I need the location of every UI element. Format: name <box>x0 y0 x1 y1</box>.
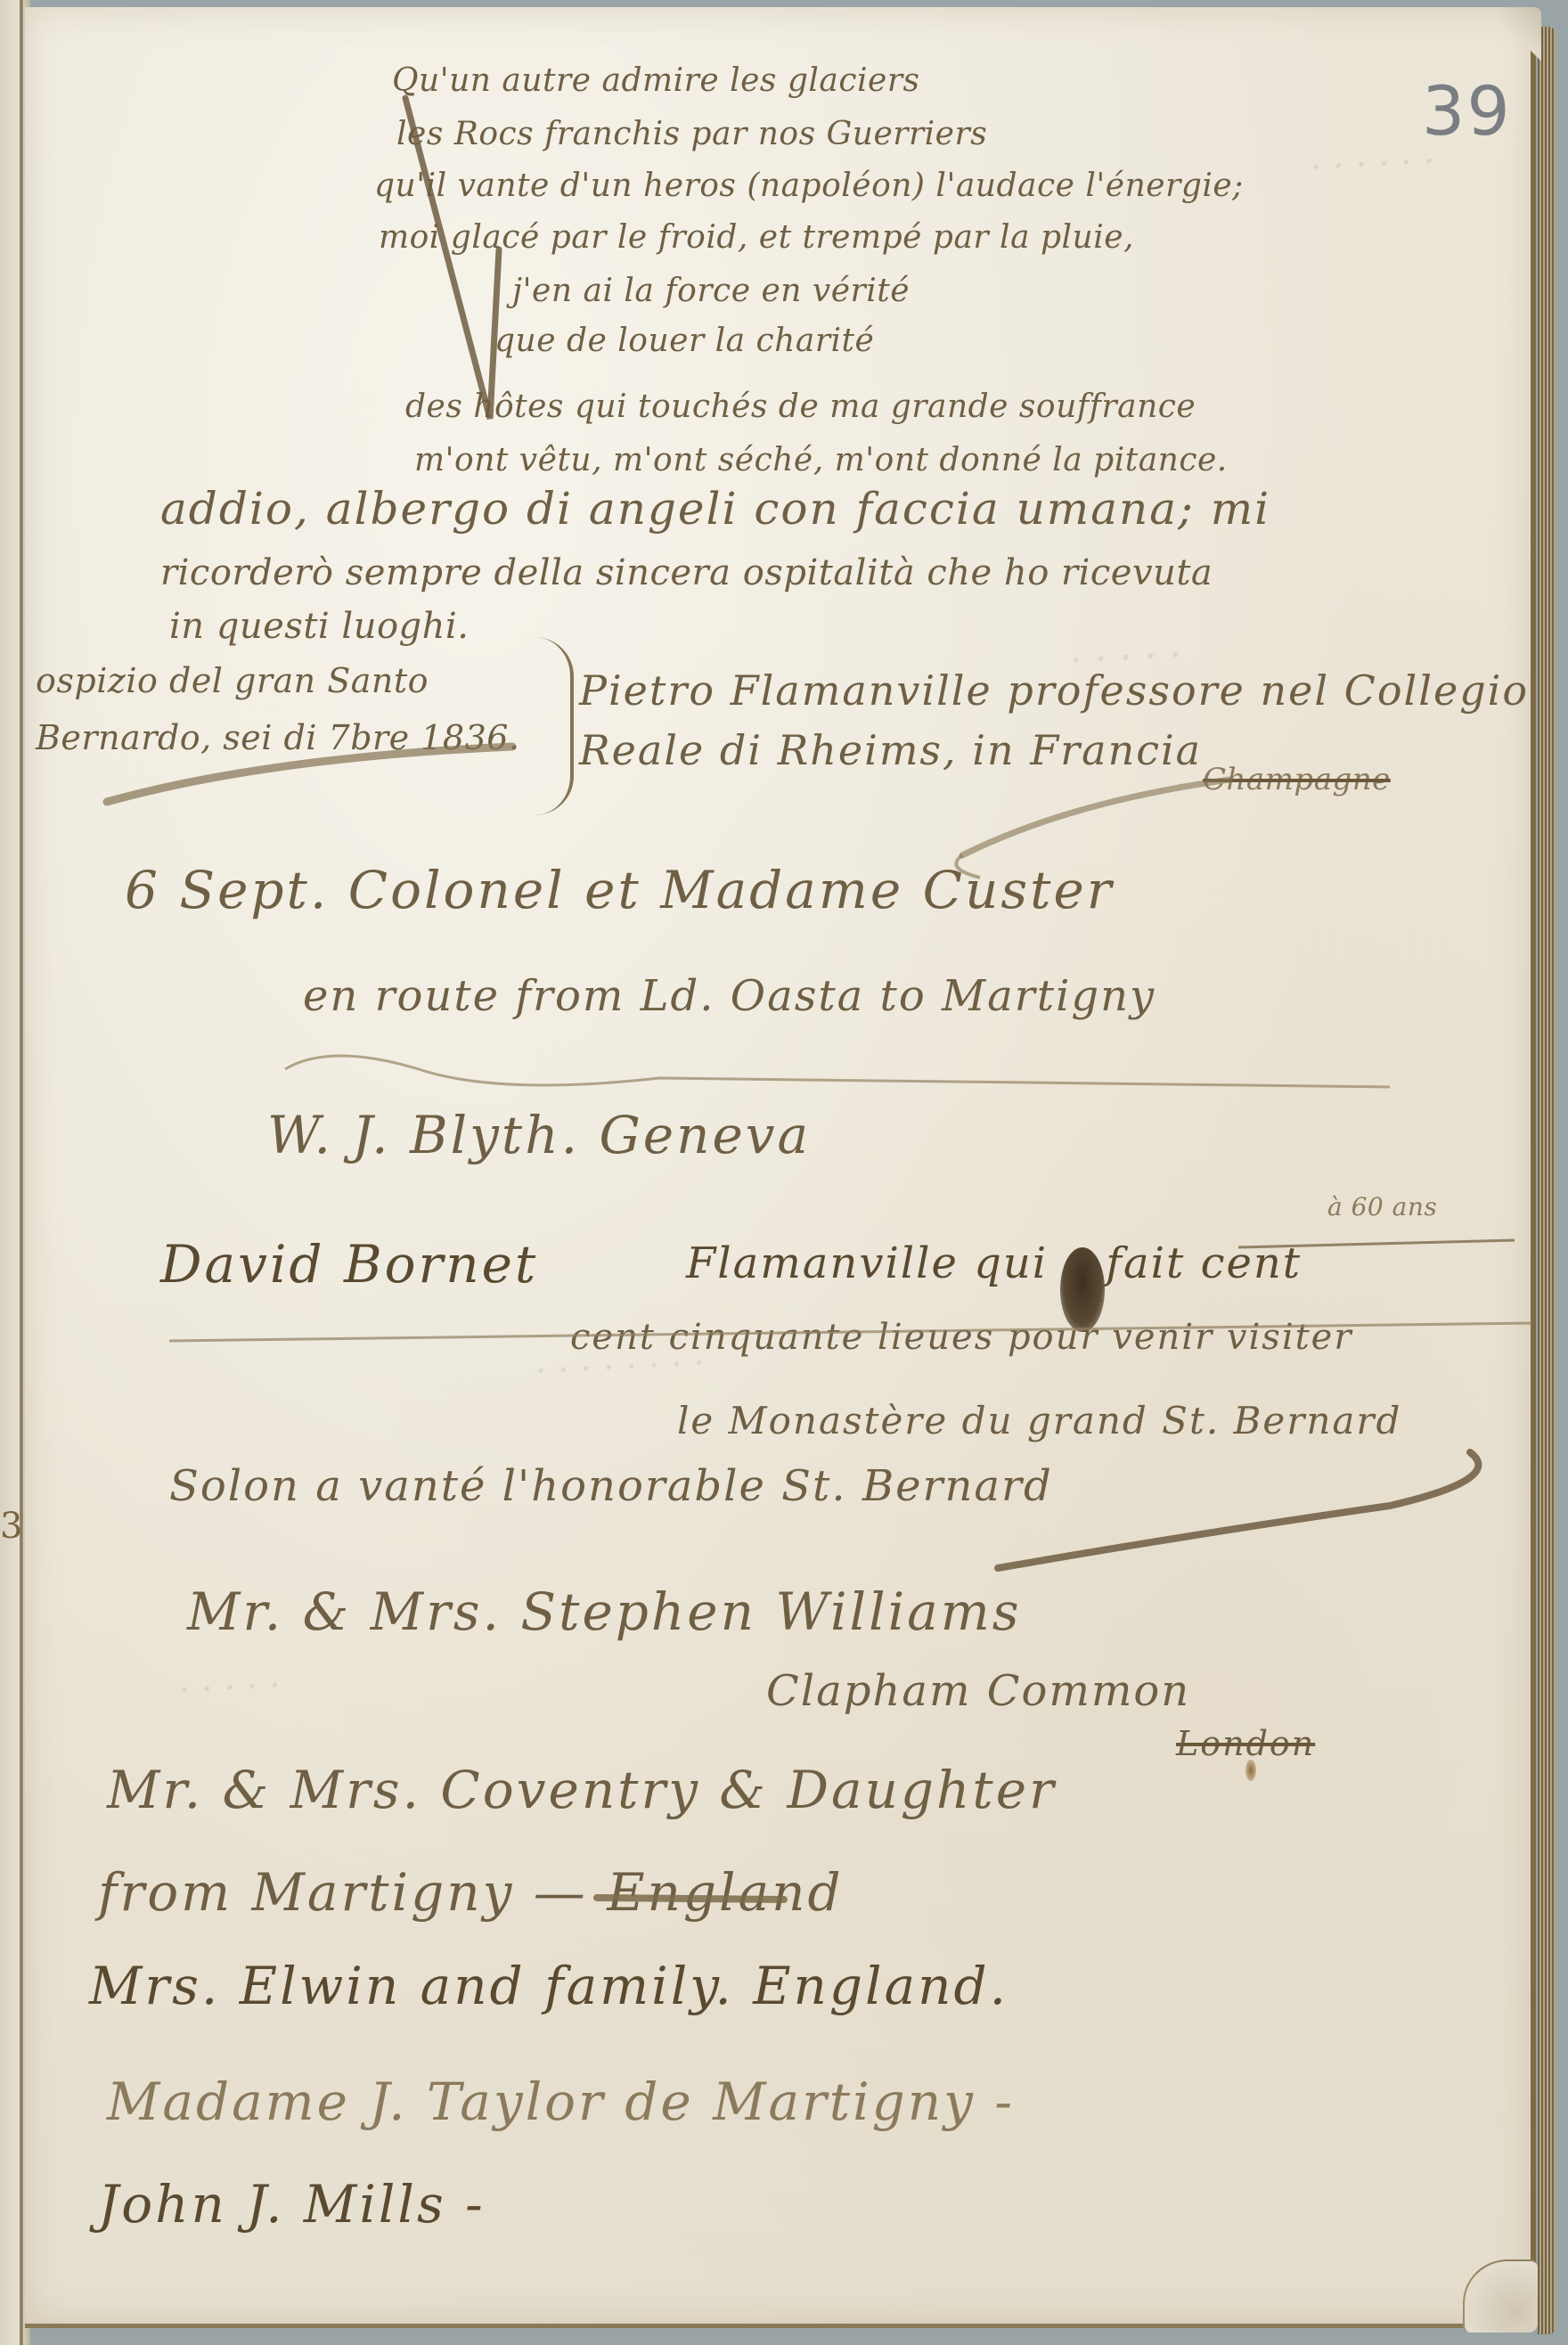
verse-line: qu'il vante d'un heros (napoléon) l'auda… <box>374 167 1244 204</box>
entry-continuation: le Monastère du grand St. Bernard <box>677 1399 1401 1442</box>
entry-williams: Mr. & Mrs. Stephen Williams <box>187 1581 1022 1642</box>
ink-blot <box>1060 1247 1105 1332</box>
entry-coventry: Mr. & Mrs. Coventry & Daughter <box>107 1760 1057 1820</box>
verse-line: des hôtes qui touchés de ma grande souff… <box>405 388 1196 425</box>
entry-solon: Solon a vanté l'honorable St. Bernard <box>169 1461 1053 1511</box>
note-line: in questi luoghi. <box>169 606 469 647</box>
entry-blyth: W. J. Blyth. Geneva <box>267 1105 811 1165</box>
verse-line: les Rocs franchis par nos Guerriers <box>396 116 987 152</box>
book-gutter <box>20 0 23 2345</box>
superscript-insertion: à 60 ans <box>1327 1192 1437 1222</box>
entry-clapham: Clapham Common <box>766 1666 1190 1716</box>
entry-bornet: David Bornet <box>160 1234 538 1295</box>
entry-mills: John J. Mills - <box>98 2174 486 2235</box>
entry-flamanville-annotation: Flamanville qui a fait cent <box>686 1238 1302 1288</box>
margin-fragment: 3 <box>0 1506 22 1547</box>
entry-elwin: Mrs. Elwin and family. England. <box>89 1956 1009 2016</box>
folded-corner <box>1486 7 1541 62</box>
struck-word: London <box>1176 1724 1315 1763</box>
signature-line: Reale di Rheims, in Francia <box>579 726 1202 774</box>
date-line: Bernardo, sei di 7bre 1836. <box>36 718 520 757</box>
place-line: ospizio del gran Santo <box>36 661 429 700</box>
verse-line: moi glacé par le froid, et trempé par la… <box>379 219 1134 256</box>
entry-taylor: Madame J. Taylor de Martigny - <box>107 2071 1015 2132</box>
note-line: ricorderò sempre della sincera ospitalit… <box>160 552 1213 593</box>
bracket <box>535 637 574 815</box>
entry-route: en route from Ld. Oasta to Martigny <box>303 971 1156 1021</box>
note-line: addio, albergo di angeli con faccia uman… <box>160 483 1270 535</box>
signature-line: Pietro Flamanville professore nel Colleg… <box>579 666 1529 715</box>
verse-line: m'ont vêtu, m'ont séché, m'ont donné la … <box>414 442 1228 478</box>
verse-line: j'en ai la force en vérité <box>512 273 910 309</box>
struck-word: Champagne <box>1203 762 1391 797</box>
verse-line: Qu'un autre admire les glaciers <box>392 62 920 99</box>
entry-custer: 6 Sept. Colonel et Madame Custer <box>125 860 1115 920</box>
verse-line: que de louer la charité <box>494 323 874 359</box>
page-number: 39 <box>1422 71 1512 151</box>
page-edges <box>1538 27 1556 2334</box>
entry-from-martigny: from Martigny — England <box>98 1862 844 1923</box>
paper-stain <box>1245 1760 1256 1781</box>
entry-continuation: cent cinquante lieues pour venir visiter <box>570 1317 1352 1358</box>
